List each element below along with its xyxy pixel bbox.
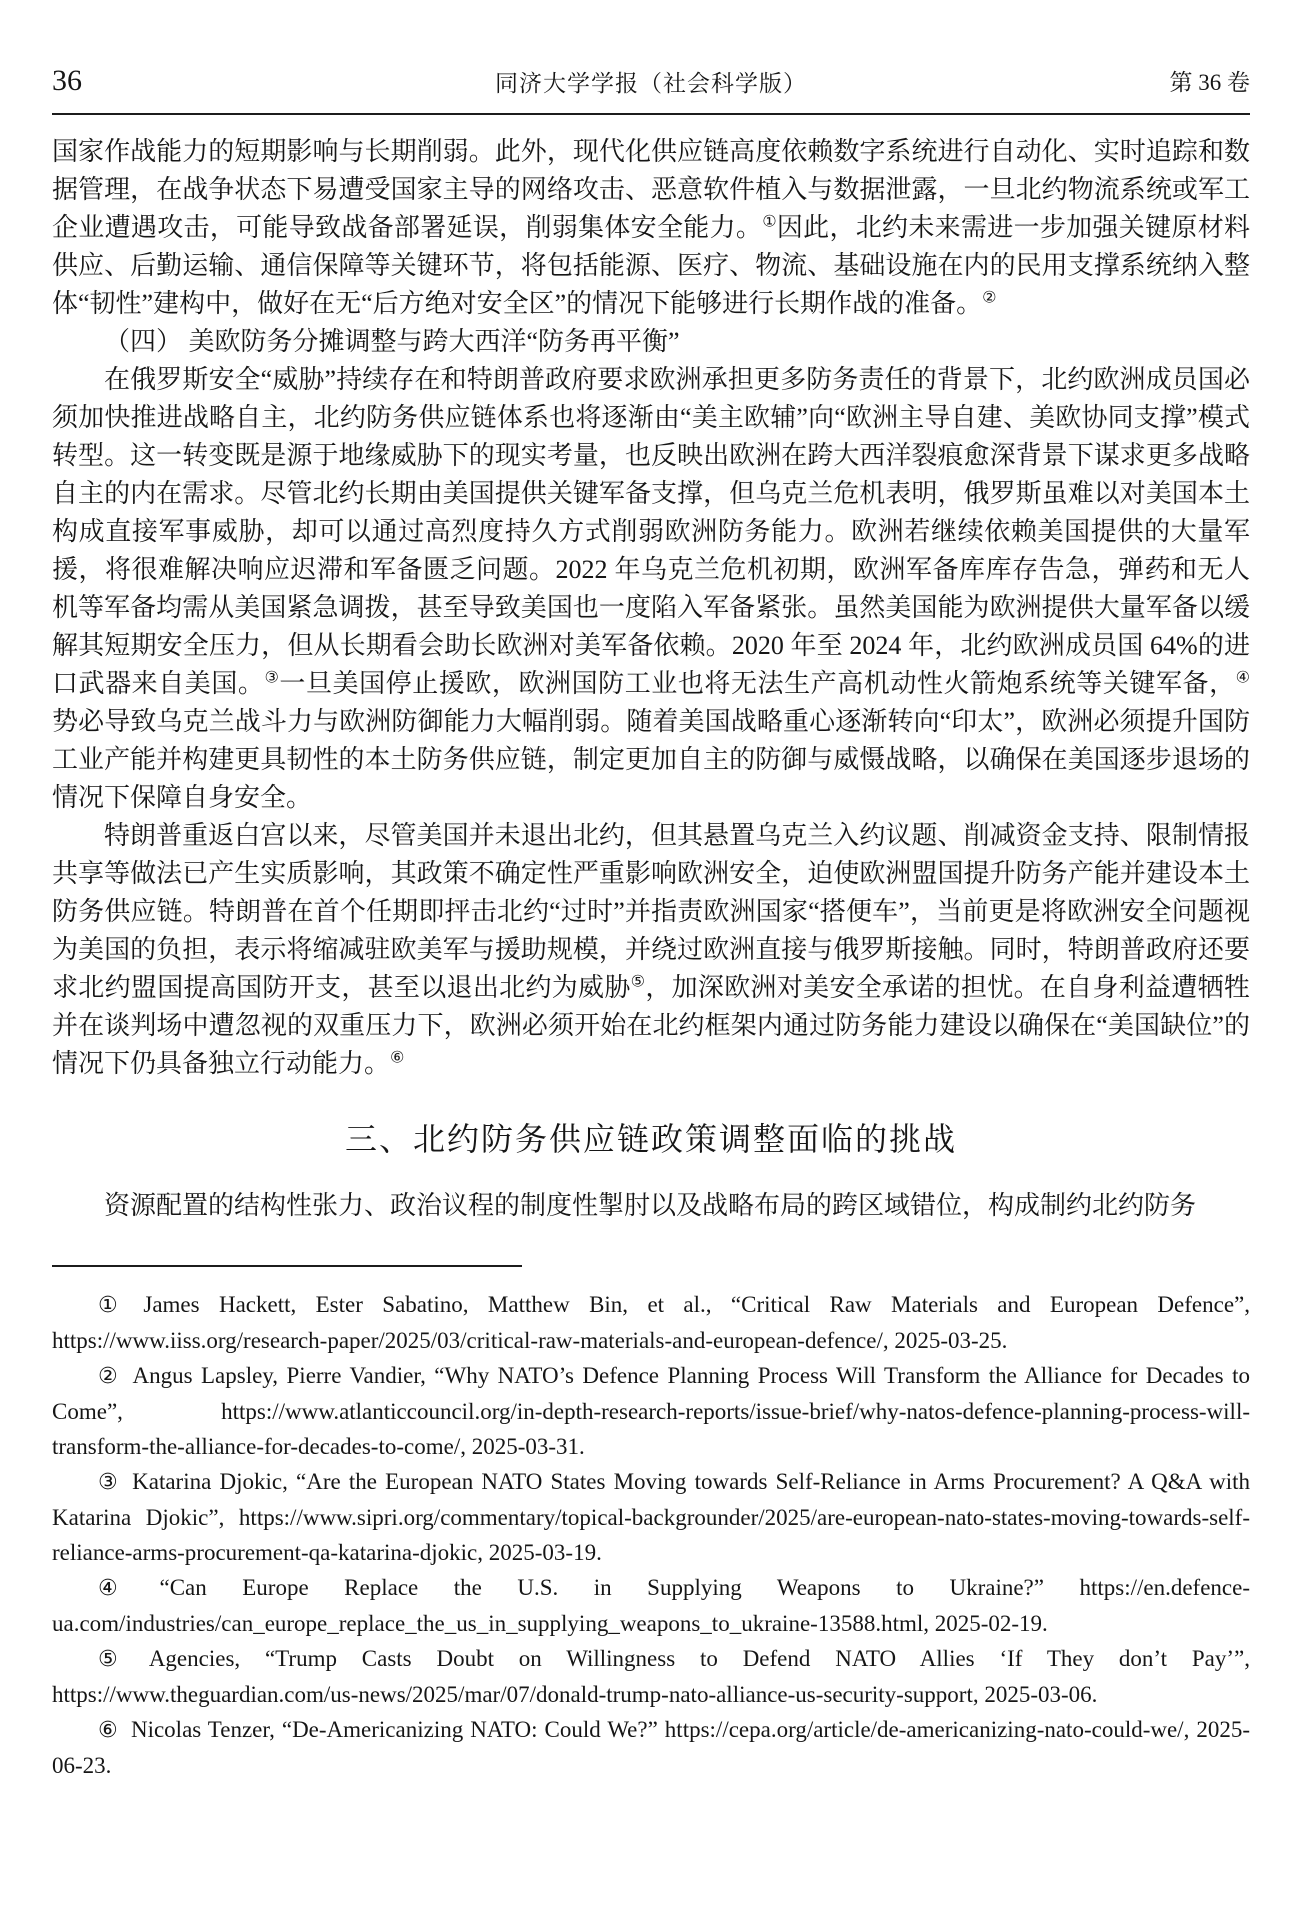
- journal-title: 同济大学学报（社会科学版）: [495, 65, 807, 98]
- footnote: ⑤Agencies, “Trump Casts Doubt on Willing…: [52, 1641, 1250, 1712]
- footnote: ④“Can Europe Replace the U.S. in Supplyi…: [52, 1570, 1250, 1641]
- footnote-reference: ①: [762, 211, 777, 230]
- footnote-marker: ⑤: [98, 1647, 149, 1672]
- footnote: ③Katarina Djokic, “Are the European NATO…: [52, 1464, 1250, 1570]
- volume-label: 第 36 卷: [1170, 64, 1251, 97]
- running-head: 36 同济大学学报（社会科学版） 第 36 卷: [52, 0, 1250, 115]
- footnote-reference: ③: [265, 667, 280, 686]
- footnote-marker: ①: [98, 1293, 143, 1318]
- paragraph: 资源配置的结构性张力、政治议程的制度性掣肘以及战略布局的跨区域错位，构成制约北约…: [52, 1187, 1250, 1225]
- footnote-text: James Hackett, Ester Sabatino, Matthew B…: [52, 1292, 1250, 1353]
- footnote-text: “Can Europe Replace the U.S. in Supplyin…: [52, 1575, 1250, 1636]
- footnote: ②Angus Lapsley, Pierre Vandier, “Why NAT…: [52, 1358, 1250, 1464]
- footnote-reference: ⑥: [390, 1047, 404, 1066]
- article-body: 国家作战能力的短期影响与长期削弱。此外，现代化供应链高度依赖数字系统进行自动化、…: [52, 133, 1250, 1225]
- section-heading: 三、北约防务供应链政策调整面临的挑战: [52, 1117, 1250, 1161]
- footnote-marker: ③: [98, 1470, 132, 1495]
- footnote-text: Katarina Djokic, “Are the European NATO …: [52, 1469, 1250, 1565]
- footnote-divider: [52, 1265, 522, 1267]
- footnote-reference: ②: [982, 287, 996, 306]
- footnote-text: Nicolas Tenzer, “De-Americanizing NATO: …: [52, 1717, 1250, 1778]
- subsection-heading: （四） 美欧防务分摊调整与跨大西洋“防务再平衡”: [52, 323, 1250, 361]
- footnote: ⑥Nicolas Tenzer, “De-Americanizing NATO:…: [52, 1712, 1250, 1783]
- paragraph: 在俄罗斯安全“威胁”持续存在和特朗普政府要求欧洲承担更多防务责任的背景下，北约欧…: [52, 361, 1250, 817]
- footnote-text: Agencies, “Trump Casts Doubt on Willingn…: [52, 1646, 1250, 1707]
- footnote-marker: ⑥: [98, 1718, 131, 1743]
- footnote-marker: ④: [98, 1576, 159, 1601]
- journal-page: 36 同济大学学报（社会科学版） 第 36 卷 国家作战能力的短期影响与长期削弱…: [0, 0, 1302, 1911]
- footnote-reference: ⑤: [631, 971, 646, 990]
- paragraph-continuation: 国家作战能力的短期影响与长期削弱。此外，现代化供应链高度依赖数字系统进行自动化、…: [52, 133, 1250, 323]
- paragraph: 特朗普重返白宫以来，尽管美国并未退出北约，但其悬置乌克兰入约议题、削减资金支持、…: [52, 817, 1250, 1083]
- footnote-marker: ②: [98, 1364, 132, 1389]
- footnote: ①James Hackett, Ester Sabatino, Matthew …: [52, 1287, 1250, 1358]
- page-number: 36: [52, 64, 82, 98]
- footnotes-block: ①James Hackett, Ester Sabatino, Matthew …: [52, 1265, 1250, 1783]
- footnote-text: Angus Lapsley, Pierre Vandier, “Why NATO…: [52, 1363, 1250, 1459]
- footnote-reference: ④: [1236, 667, 1250, 686]
